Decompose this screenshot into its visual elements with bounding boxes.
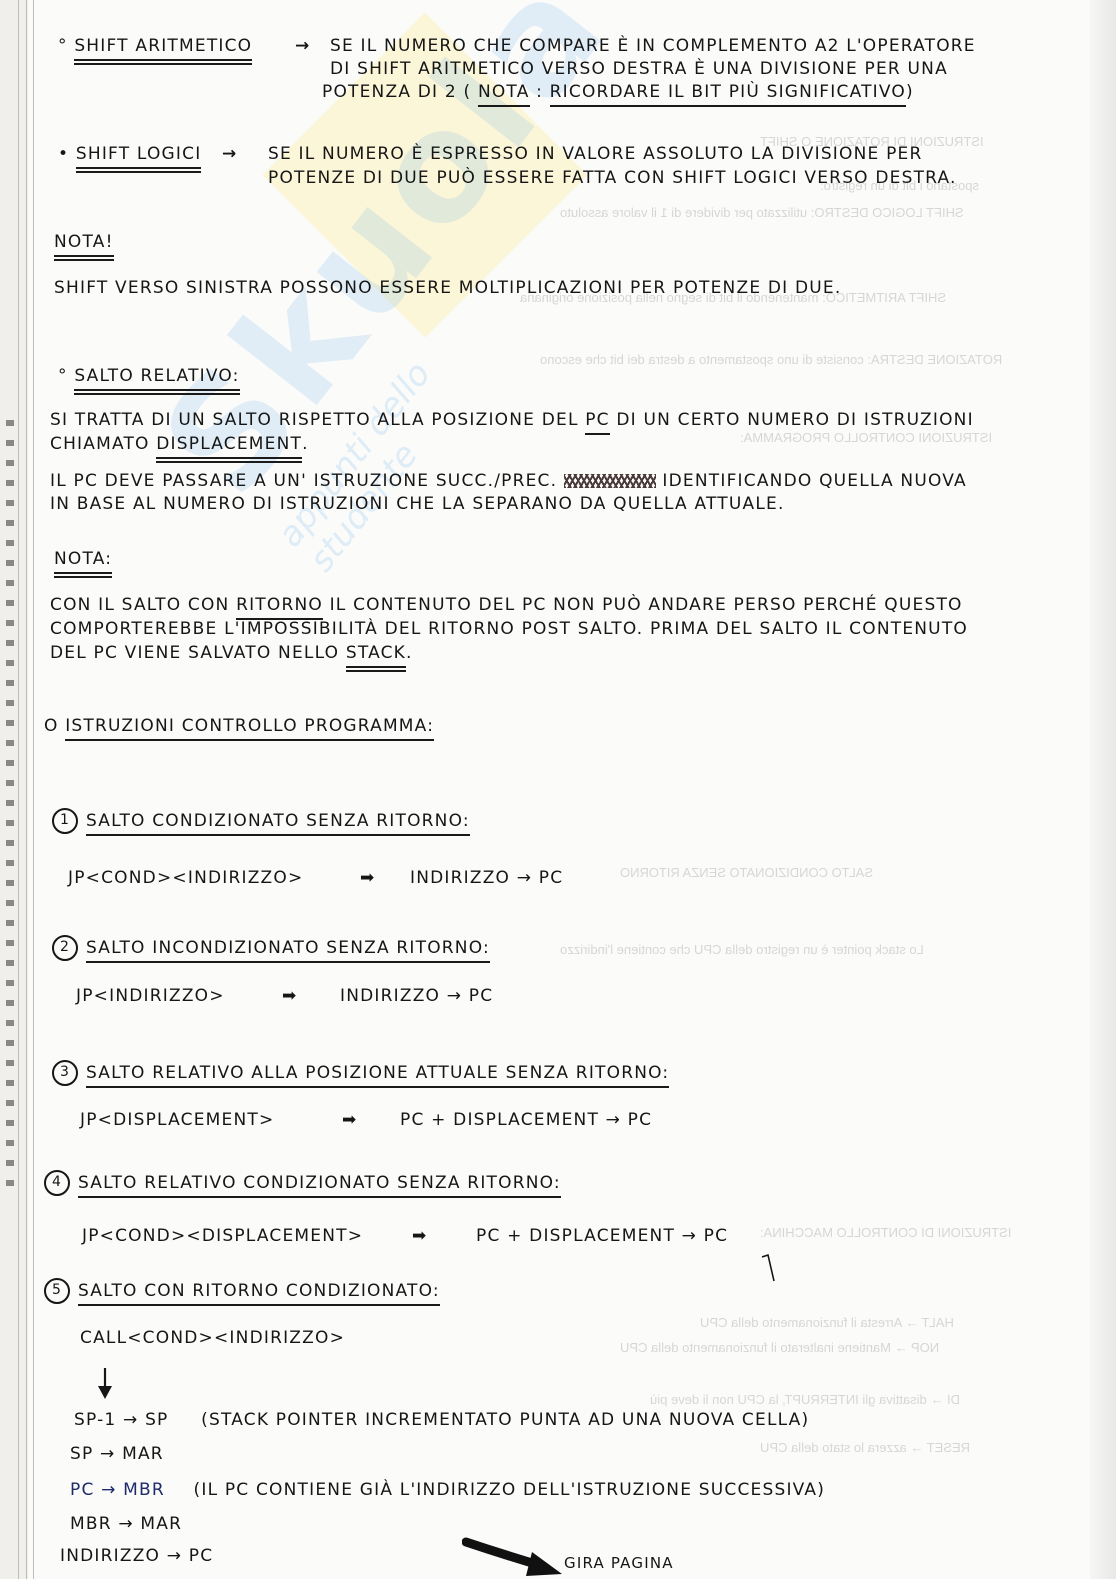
- left-margin: [0, 0, 28, 1579]
- bleed-text: SALTO CONDIZIONATO SENZA RITORNO: [620, 865, 873, 880]
- number-badge: 4: [44, 1170, 70, 1196]
- instruction-effect: PC + DISPLACEMENT → PC: [400, 1112, 652, 1129]
- term-displacement: DISPLACEMENT: [156, 434, 302, 454]
- bleed-text: ROTAZIONE DESTRA: consiste di uno sposta…: [540, 352, 1002, 367]
- number-badge: 5: [44, 1278, 70, 1304]
- micro-step: MBR → MAR: [70, 1516, 182, 1533]
- section-title: SHIFT LOGICI: [76, 144, 202, 164]
- instruction-effect: INDIRIZZO → PC: [410, 870, 563, 887]
- list-item-heading: 4SALTO RELATIVO CONDIZIONATO SENZA RITOR…: [44, 1170, 561, 1196]
- micro-step-comment: (STACK POINTER INCREMENTATO PUNTA AD UNA…: [201, 1410, 809, 1430]
- micro-step: SP → MAR: [70, 1446, 164, 1463]
- margin-line: [33, 0, 34, 1579]
- text-line: SE IL NUMERO È ESPRESSO IN VALORE ASSOLU…: [268, 146, 922, 163]
- text-line: POTENZA DI 2 ( NOTA : RICORDARE IL BIT P…: [322, 84, 914, 101]
- micro-step: PC → MBR (IL PC CONTIENE GIÀ L'INDIRIZZO…: [70, 1482, 825, 1499]
- number-badge: 2: [52, 935, 78, 961]
- bleed-text: NOP → Mantiene inalterato il funzionamen…: [620, 1340, 939, 1355]
- arrow-icon: ➡: [342, 1112, 357, 1129]
- text-line: COMPORTEREBBE L'IMPOSSIBILITÀ DEL RITORN…: [50, 621, 968, 638]
- crossed-out-scribble: [564, 474, 656, 488]
- text-line: SE IL NUMERO CHE COMPARE È IN COMPLEMENT…: [330, 38, 976, 55]
- micro-step: SP-1 → SP (STACK POINTER INCREMENTATO PU…: [74, 1412, 809, 1429]
- list-item-heading: 1SALTO CONDIZIONATO SENZA RITORNO:: [52, 808, 470, 834]
- instruction-syntax: JP<DISPLACEMENT>: [80, 1112, 274, 1129]
- number-badge: 1: [52, 808, 78, 834]
- micro-step: INDIRIZZO → PC: [60, 1548, 213, 1565]
- text-line: SI TRATTA DI UN SALTO RISPETTO ALLA POSI…: [50, 412, 974, 429]
- bleed-text: SHIFT LOGICO DESTRO: utilizzato per divi…: [560, 205, 964, 220]
- turn-page-label: GIRA PAGINA: [564, 1556, 674, 1571]
- text-line: IN BASE AL NUMERO DI ISTRUZIONI CHE LA S…: [50, 496, 785, 513]
- annotation-stroke-icon: [760, 1253, 780, 1283]
- text-line: POTENZE DI DUE PUÒ ESSERE FATTA CON SHIF…: [268, 170, 957, 187]
- text-line: DI SHIFT ARITMETICO VERSO DESTRA È UNA D…: [330, 61, 948, 78]
- section-title: SHIFT ARITMETICO: [74, 36, 252, 56]
- text-line: CON IL SALTO CON RITORNO IL CONTENUTO DE…: [50, 597, 963, 614]
- arrow-icon: →: [222, 146, 237, 163]
- bleed-text: Lo stack pointer è un registro della CPU…: [560, 942, 924, 957]
- bleed-text: ISTRUZIONI DI CONTROLLO MACCHINA:: [760, 1225, 1011, 1240]
- list-item-heading: 3SALTO RELATIVO ALLA POSIZIONE ATTUALE S…: [52, 1060, 669, 1086]
- watermark: Skuola appunti dello studente: [70, 60, 550, 540]
- notes-page: Skuola appunti dello studente ISTRUZIONI…: [0, 0, 1116, 1579]
- bleed-text: RESET → azzera lo stato della CPU: [760, 1440, 970, 1455]
- text-line: SHIFT VERSO SINISTRA POSSONO ESSERE MOLT…: [54, 280, 841, 297]
- arrow-icon: ➡: [360, 870, 375, 887]
- list-item-heading: 2SALTO INCONDIZIONATO SENZA RITORNO:: [52, 935, 490, 961]
- margin-line: [18, 0, 19, 1579]
- note-text: RICORDARE IL BIT PIÙ SIGNIFICATIVO: [550, 82, 906, 107]
- arrow-icon: ➡: [282, 988, 297, 1005]
- arrow-icon: ➡: [412, 1228, 427, 1245]
- note-label: NOTA: [478, 82, 530, 107]
- section-title: ISTRUZIONI CONTROLLO PROGRAMMA:: [65, 716, 434, 741]
- text-line: CHIAMATO DISPLACEMENT.: [50, 436, 309, 453]
- bleed-text: ISTRUZIONI CONTROLLO PROGRAMMA:: [740, 430, 992, 445]
- bullet-shift-aritmetico: ° SHIFT ARITMETICO: [58, 38, 252, 55]
- instruction-syntax: CALL<COND><INDIRIZZO>: [80, 1330, 345, 1347]
- note-heading: NOTA!: [54, 234, 114, 251]
- bullet-istruzioni-controllo: o ISTRUZIONI CONTROLLO PROGRAMMA:: [44, 718, 434, 735]
- bleed-text: DI → disattiva gli INTERRUPT, la CPU non…: [650, 1392, 960, 1407]
- text-line: IL PC DEVE PASSARE A UN' ISTRUZIONE SUCC…: [50, 473, 967, 490]
- text-line: DEL PC VIENE SALVATO NELLO STACK.: [50, 645, 413, 662]
- arrow-icon: →: [295, 38, 310, 55]
- bullet-salto-relativo: ° SALTO RELATIVO:: [58, 368, 240, 385]
- page-edge-shadow: [1090, 0, 1116, 1579]
- bleed-text: HALT → Arresta il funzionamento della CP…: [700, 1315, 954, 1330]
- micro-step-comment: (IL PC CONTIENE GIÀ L'INDIRIZZO DELL'IST…: [194, 1480, 826, 1500]
- margin-line: [26, 0, 27, 1579]
- number-badge: 3: [52, 1060, 78, 1086]
- instruction-effect: PC + DISPLACEMENT → PC: [476, 1228, 728, 1245]
- instruction-syntax: JP<INDIRIZZO>: [76, 988, 225, 1005]
- section-title: SALTO RELATIVO:: [74, 366, 239, 386]
- instruction-syntax: JP<COND><INDIRIZZO>: [68, 870, 303, 887]
- bullet-shift-logici: • SHIFT LOGICI: [58, 146, 201, 163]
- instruction-syntax: JP<COND><DISPLACEMENT>: [82, 1228, 363, 1245]
- list-item-heading: 5SALTO CON RITORNO CONDIZIONATO:: [44, 1278, 440, 1304]
- down-arrow-icon: [95, 1368, 115, 1400]
- binding-marks: [6, 420, 14, 1200]
- note-heading: NOTA:: [54, 551, 112, 568]
- instruction-effect: INDIRIZZO → PC: [340, 988, 493, 1005]
